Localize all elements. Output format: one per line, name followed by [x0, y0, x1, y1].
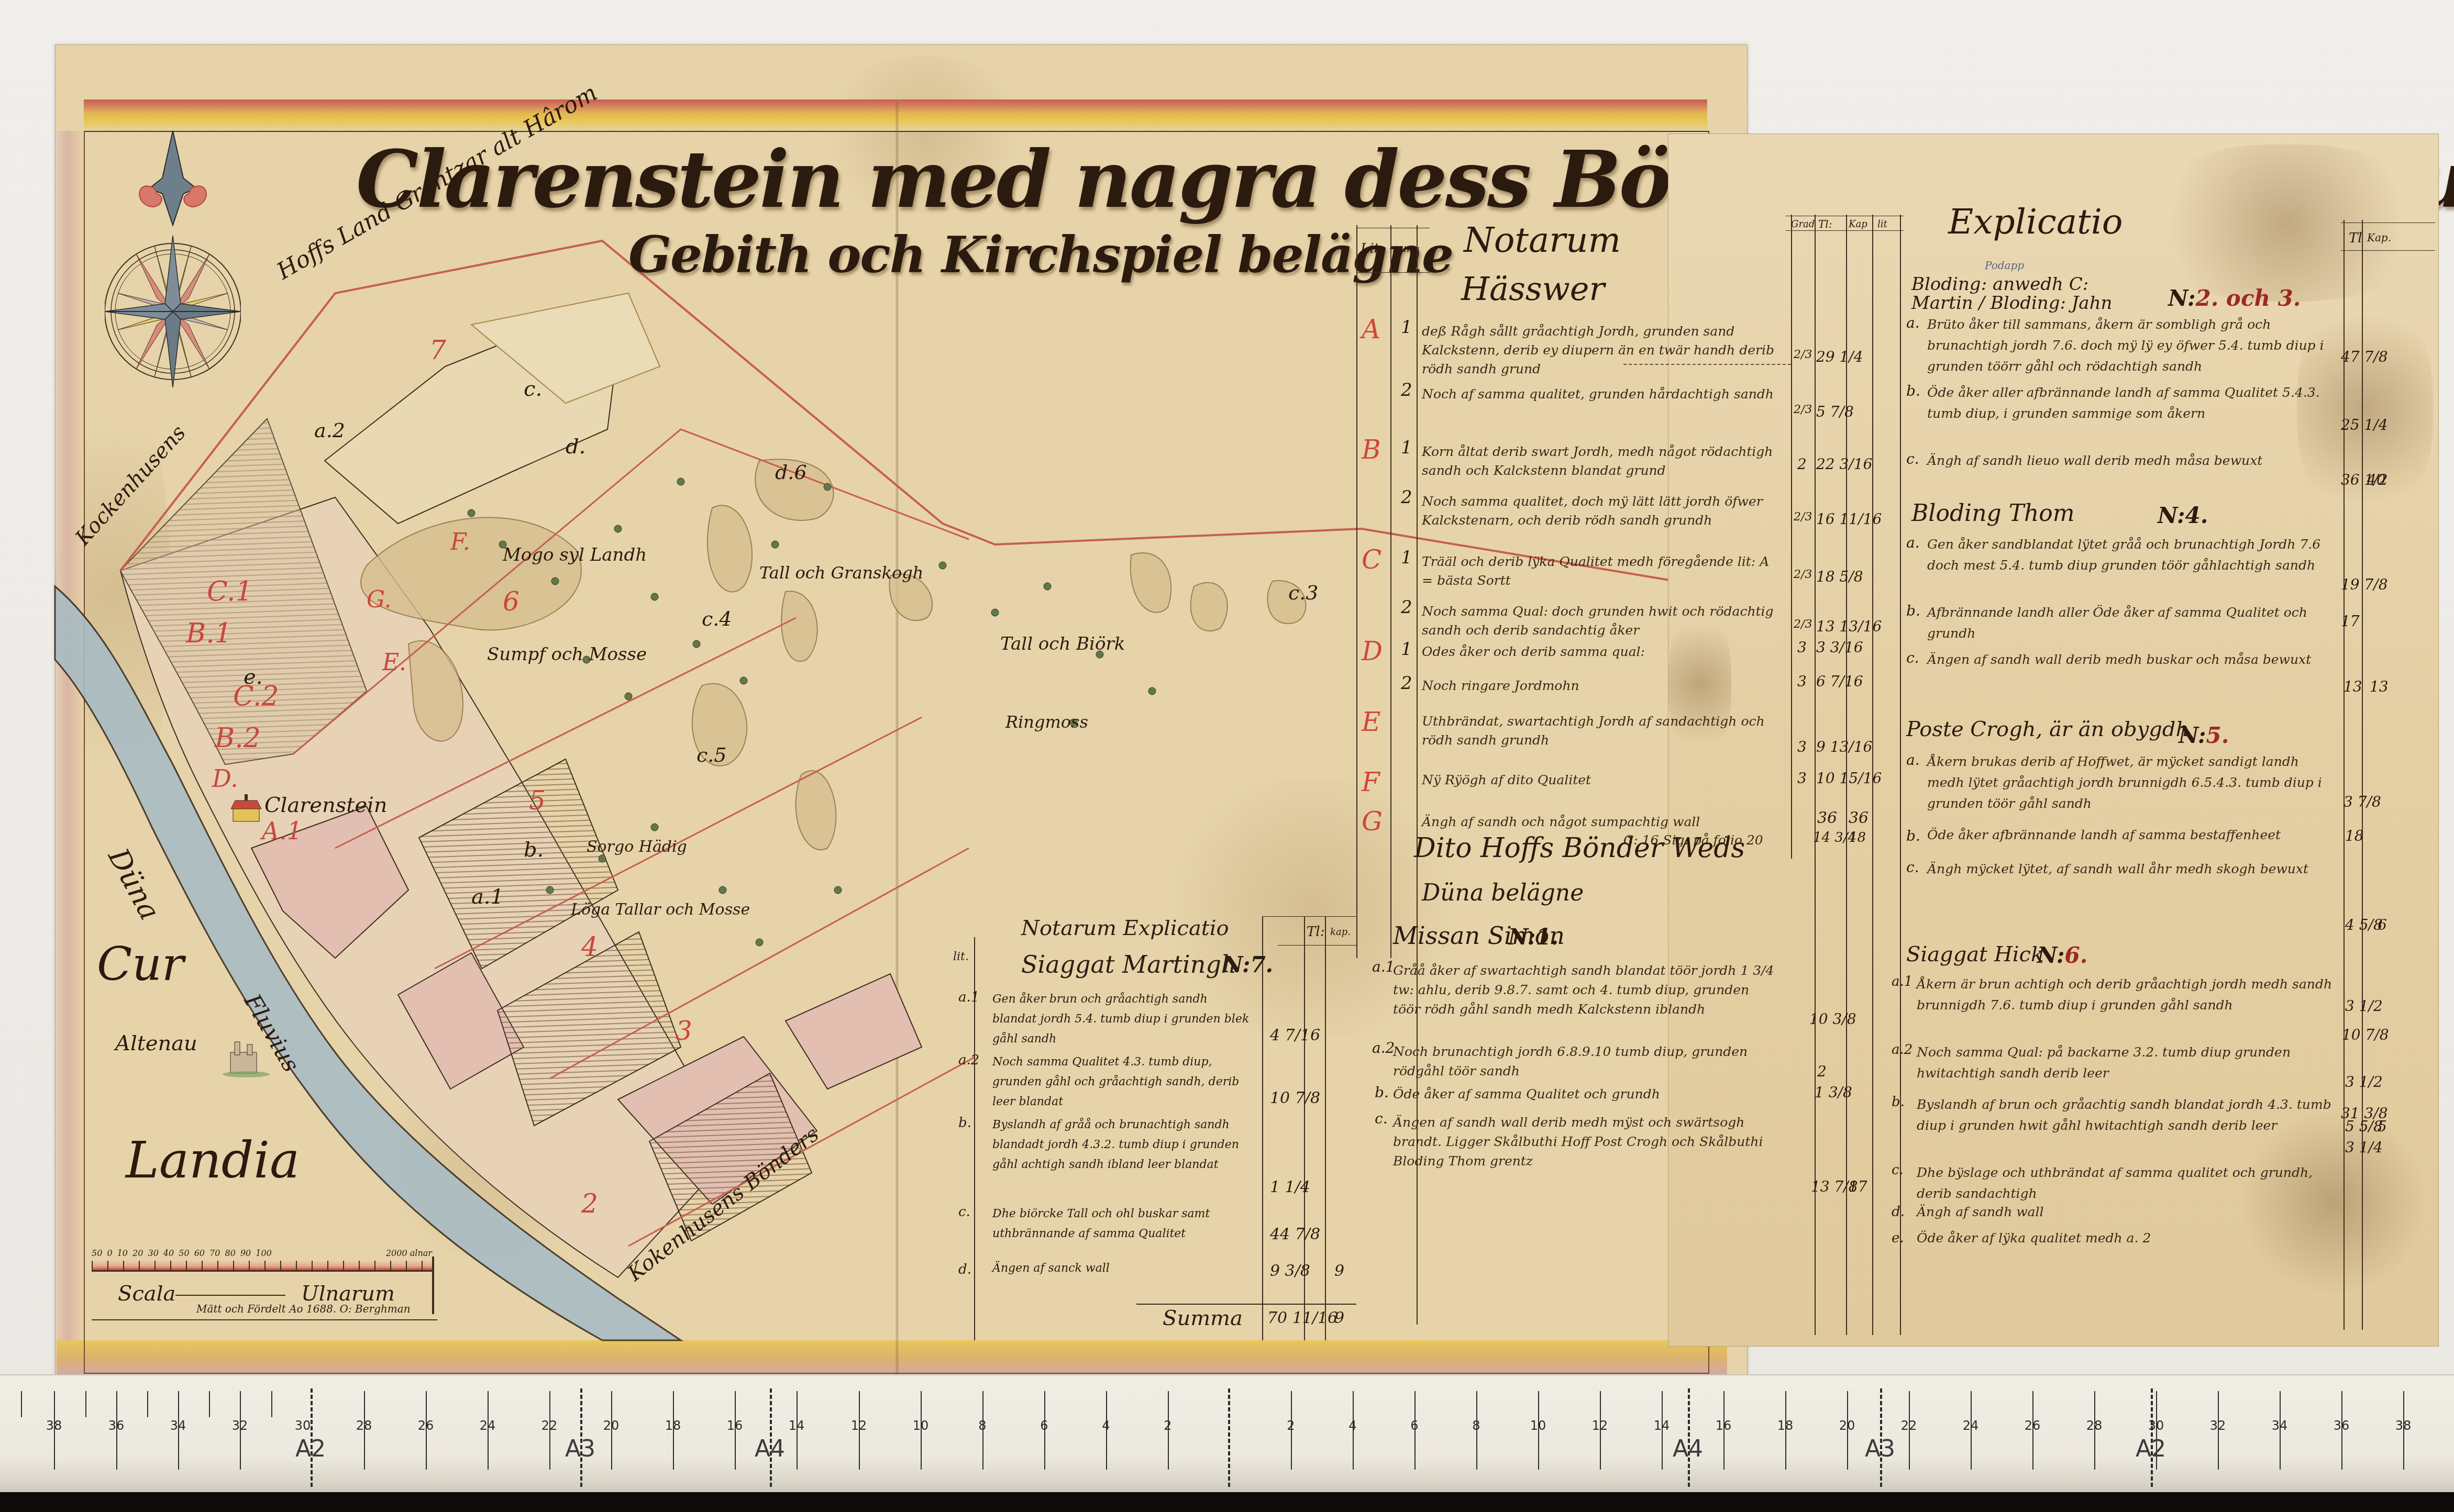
row-text: Nÿ Rÿögh af dito Qualitet	[1422, 772, 1783, 787]
row-grad: 2/3	[1794, 348, 1812, 361]
ne-section-no: N:7.	[1223, 952, 1273, 977]
row-kap: 5	[2378, 1118, 2387, 1135]
ruler-number: 28	[2086, 1418, 2103, 1433]
format-label: A3	[1865, 1436, 1895, 1462]
ruler-number: 20	[603, 1418, 620, 1433]
row-text: Byslandh af gråå och brunachtigh sandh b…	[992, 1115, 1254, 1175]
row-tl: 25 1/4	[2341, 416, 2388, 433]
parcel-label: a.1	[471, 885, 504, 909]
row-text: Ängh af sandh lieuo wall derib medh måsa…	[1927, 450, 2336, 471]
row-tl: 9 13/16	[1816, 738, 1872, 755]
row-grad: 2	[1797, 455, 1807, 473]
row-text: Noch samma Qual: på backarne 3.2. tumb d…	[1917, 1042, 2336, 1084]
nh-head-rule	[1356, 228, 1430, 228]
ruler-number: 10	[913, 1418, 929, 1433]
row-lit: b.	[958, 1115, 971, 1131]
parcel-label: b.	[524, 838, 544, 862]
region-label-cur: Cur	[97, 937, 184, 991]
row-text: Dhe biörcke Tall och ohl buskar samt uth…	[992, 1204, 1254, 1244]
format-label: A3	[565, 1436, 595, 1462]
scale-tick-label: 10	[117, 1248, 128, 1258]
col-lit: lit	[1877, 219, 1887, 230]
map-scale-bar: 50 0 10 20 30 40 50 60 70 80 90 100 2000…	[92, 1241, 437, 1319]
ex-no: 4.	[2185, 503, 2208, 528]
ruler-number: 30	[2148, 1418, 2164, 1433]
ex-kap-rule	[2362, 220, 2363, 1330]
row-lit: E	[1362, 707, 1381, 737]
row-lit: a.2	[958, 1052, 979, 1068]
scale-tick-label: 40	[163, 1248, 174, 1258]
row-tl: 10 15/16	[1816, 770, 1882, 787]
row-tl: 47 7/8	[2341, 348, 2388, 365]
estate-label-clarenstein: Clarenstein	[264, 793, 388, 817]
table-head-rule	[1786, 216, 1904, 216]
row-text: Noch samma qualitet, doch mÿ lätt lätt j…	[1422, 492, 1783, 530]
row-text: Åkern brukas derib af Hoffwet, är mÿcket…	[1927, 751, 2336, 814]
ruler-number: 2	[1287, 1418, 1295, 1433]
row-lit: D	[1362, 636, 1383, 666]
field-note-6: Tall och Granskogh	[759, 563, 923, 583]
town-label-altenau: Altenau	[115, 1031, 197, 1055]
row-grad: 2/3	[1794, 568, 1812, 581]
parcel-label: 6	[503, 586, 519, 617]
map-title-line2: Gebith och Kirchspiel belägne	[628, 225, 1453, 284]
row-tl: 10 7/8	[2342, 1026, 2389, 1043]
ruler-number: 8	[978, 1418, 986, 1433]
ex-section-name: Bloding Thom	[1911, 500, 2075, 527]
ruler-number: 22	[541, 1418, 558, 1433]
nh-heading-1: Notarum	[1464, 220, 1621, 260]
row-kap: 9	[1334, 1262, 1344, 1280]
row-text: deß Rågh sållt gråachtigh Jordh, grunden…	[1422, 322, 1783, 379]
parcel-label: 5	[529, 785, 546, 816]
dash-leader	[1623, 364, 1791, 365]
row-tl: 18 5/8	[1816, 568, 1863, 585]
parcel-label: E.	[382, 649, 406, 676]
row-tl: 4 7/16	[1270, 1026, 1320, 1044]
ruler-number: 32	[232, 1418, 248, 1433]
ex-no-prefix: N:	[2158, 503, 2185, 528]
scale-tick-label: 20	[132, 1248, 143, 1258]
scale-caption-left: Scala	[118, 1282, 175, 1306]
compass-rose-icon	[105, 120, 241, 393]
row-grad: 3	[1797, 738, 1807, 755]
row-text: Noch samma Qual: doch grunden hwit och r…	[1422, 602, 1783, 640]
row-lit: c.	[1906, 649, 1919, 666]
map-left-border-band	[57, 131, 84, 1372]
ruler-number: 4	[1348, 1418, 1356, 1433]
ne-col-tl: Tl:	[1307, 924, 1324, 940]
row-tl: 10 7/8	[1270, 1089, 1320, 1107]
format-marker	[1228, 1388, 1230, 1488]
row-text: Öde åker af samma Qualitet och grundh	[1393, 1086, 1781, 1102]
fold-line	[896, 102, 899, 1374]
row-tl: 3 3/16	[1816, 639, 1863, 656]
row-grad: 2/3	[1794, 618, 1812, 631]
row-tl: 1 3/8	[1815, 1084, 1852, 1101]
scale-tick-label: 50	[92, 1248, 102, 1258]
notarum-explicatio-map-table: Notarum Explicatio lit. Tl: kap. Siaggat…	[943, 900, 1356, 1340]
parcel-label: c.4	[702, 607, 732, 630]
row-text: Korn åltat derib swart Jordh, medh något…	[1422, 442, 1783, 480]
ex-col-tl: Tl	[2349, 230, 2362, 246]
parcel-label: 7	[429, 335, 446, 365]
row-text: Noch brunachtigh jordh 6.8.9.10 tumb diu…	[1393, 1042, 1781, 1081]
row-text: Öde åker af lÿka qualitet medh a. 2	[1917, 1230, 2336, 1246]
row-lit: a.	[1906, 751, 1920, 769]
row-num: 2	[1401, 597, 1412, 618]
row-text: Noch af samma qualitet, grunden hårdacht…	[1422, 385, 1783, 404]
row-lit: a.	[1906, 534, 1920, 551]
ne-col-lit: lit.	[953, 950, 969, 963]
row-text: Noch ringare Jordmohn	[1422, 678, 1783, 693]
ne-summa-tl: 70 11/16	[1267, 1309, 1337, 1327]
surveyor-signature: Mätt och Fördelt Ao 1688. O: Berghman	[196, 1303, 411, 1315]
ex-no-prefix: N:	[2168, 285, 2195, 311]
tl-col-rule	[1815, 215, 1816, 1335]
row-kap: 17	[1849, 1178, 1867, 1195]
ex-no: 6.	[2064, 942, 2087, 968]
row-lit: c.	[1906, 859, 1919, 876]
scale-tick-label: 70	[209, 1248, 220, 1258]
parcel-label: 4	[581, 932, 598, 962]
ruler-number: 6	[1410, 1418, 1418, 1433]
row-kap: 13	[2370, 678, 2389, 695]
region-label-landia: Landia	[126, 1131, 300, 1189]
row-lit: b.	[1375, 1084, 1389, 1101]
parcel-label: c.3	[1288, 581, 1319, 604]
parcel-label: c.5	[697, 743, 727, 766]
row-lit: c.	[1892, 1162, 1904, 1178]
parcel-label: e.	[244, 665, 262, 689]
scan-bottom-edge	[0, 1492, 2454, 1512]
row-tl: 6 7/16	[1816, 673, 1863, 690]
row-lit: a.1	[1892, 974, 1913, 990]
row-lit: G	[1362, 806, 1383, 837]
row-text: Åkern är brun achtigh och derib gråachti…	[1917, 974, 2336, 1016]
row-lit: d.	[1892, 1204, 1905, 1220]
row-tl: 22 3/16	[1816, 455, 1872, 473]
ruler-number: 34	[2272, 1418, 2288, 1433]
nh-col-rule	[1390, 225, 1391, 958]
field-note-1: Mogo syl Landh	[503, 544, 647, 565]
format-label: A4	[1673, 1436, 1703, 1462]
row-tl: 19 7/8	[2341, 576, 2388, 593]
scale-tick-label: 80	[225, 1248, 235, 1258]
ruler-number: 24	[480, 1418, 496, 1433]
ruler-number: 14	[1654, 1418, 1670, 1433]
nh-col-num: num:	[1393, 242, 1420, 254]
row-text: Gen åker sandblandat lÿtet gråå och brun…	[1927, 534, 2336, 576]
parcel-label: F.	[450, 529, 470, 555]
scale-box-bottom	[92, 1319, 437, 1320]
row-text: Ängen af sandh wall derib medh mÿst och …	[1393, 1113, 1781, 1171]
row-tl: 18	[2345, 827, 2364, 844]
row-lit: a.1	[958, 990, 979, 1005]
row-text: Ängh af sandh och något sumpachtig wall	[1422, 814, 1783, 829]
scale-tick-label: 50	[179, 1248, 189, 1258]
ruler-number: 16	[1716, 1418, 1732, 1433]
row-tl: 3 1/2	[2345, 997, 2383, 1015]
ne-summa-kap: 9	[1334, 1309, 1344, 1327]
parcel-label: 2	[581, 1188, 598, 1219]
field-note-7: Ringmoss	[1005, 712, 1088, 732]
row-text: Trääl och derib lÿka Qualitet medh föreg…	[1422, 552, 1783, 590]
ex-section-name: Bloding: anwedh C: Martin / Bloding: Jah…	[1911, 275, 2152, 313]
parcel-label: D.	[212, 764, 238, 793]
scan-ruler: 38 36 34 32 30 28 26 24 22 20 18 16 14 1…	[0, 1374, 2454, 1493]
ex-head-rule	[2341, 250, 2435, 251]
row-lit: b.	[1892, 1094, 1905, 1110]
ruler-number: 26	[2025, 1418, 2041, 1433]
ex-tl-rule	[2344, 220, 2345, 1330]
row-lit: a.	[1906, 314, 1920, 331]
ne-heading: Notarum Explicatio	[1021, 916, 1229, 940]
row-text: Öde åker aller afbrännande landh af samm…	[1927, 382, 2336, 424]
parcel-label: a.2	[314, 419, 345, 442]
row-text: Brüto åker till sammans, åkern är sombli…	[1927, 314, 2336, 377]
row-tl: 3 1/2	[2345, 1073, 2383, 1091]
parcel-label: c.	[524, 377, 542, 401]
row-tl: 10 3/8	[1809, 1010, 1856, 1028]
ruler-number: 18	[665, 1418, 681, 1433]
parcel-label: 3	[676, 1016, 692, 1046]
row-grad: 2/3	[1794, 403, 1812, 416]
field-note-3: Sorgo Hädig	[587, 838, 687, 856]
row-tl: 17	[2341, 613, 2360, 630]
nh-col-rule	[1356, 225, 1357, 958]
row-tl: 13	[2344, 678, 2362, 695]
ex-section-name: Poste Crogh, är än obygdh	[1906, 717, 2189, 741]
row-lit: b.	[1906, 827, 1920, 844]
row-text: Odes åker och derib samma qual:	[1422, 644, 1783, 659]
dh-section-no: N:1.	[1508, 924, 1558, 950]
row-tl: 16 11/16	[1816, 510, 1882, 528]
row-text: Dhe bÿslage och uthbrändat af samma qual…	[1917, 1162, 2336, 1204]
row-text: Afbrännande landh aller Öde åker af samm…	[1927, 602, 2336, 644]
parcel-label: G.	[367, 586, 392, 613]
row-grad: 3	[1797, 673, 1807, 690]
row-grad: 2/3	[1794, 510, 1812, 524]
row-tl: 2	[1817, 1063, 1827, 1080]
row-tl: 5 5/8	[2345, 1118, 2383, 1135]
ruler-number: 20	[1839, 1418, 1855, 1433]
ex-no-prefix: N:	[2179, 722, 2206, 748]
parcel-label: d.	[566, 435, 585, 459]
nh-heading-2: Hässwer	[1461, 270, 1605, 308]
row-text: Gen åker brun och gråachtigh sandh bland…	[992, 990, 1254, 1049]
row-lit: d.	[958, 1262, 971, 1277]
col-tl: Tl:	[1818, 218, 1832, 230]
ruler-number: 16	[727, 1418, 743, 1433]
parcel-label: B.2	[215, 722, 261, 754]
scale-tick-label: 30	[148, 1248, 158, 1258]
format-label: A2	[295, 1436, 326, 1462]
row-num: 1	[1401, 437, 1412, 458]
field-note-2: Sumpf och Mosse	[487, 644, 647, 665]
row-tl: 36	[1817, 809, 1837, 827]
ex-no: 2. och 3.	[2195, 285, 2301, 311]
ex-section-name: Siaggat Hick	[1906, 942, 2043, 966]
nh-col-lit: Lit:	[1361, 241, 1384, 257]
table-head-rule	[1786, 230, 1904, 231]
ruler-number: 14	[789, 1418, 805, 1433]
ruler-number: 28	[356, 1418, 372, 1433]
row-kap: 6	[2378, 916, 2387, 933]
row-lit: a.2	[1892, 1042, 1913, 1058]
ruler-number: 6	[1040, 1418, 1048, 1433]
ex-no: 5.	[2206, 722, 2229, 748]
row-lit: F	[1362, 767, 1380, 797]
ruler-number: 38	[2395, 1418, 2412, 1433]
row-text: Ängen af sanck wall	[992, 1262, 1254, 1275]
row-num: 1	[1401, 639, 1412, 660]
row-grad: 3	[1797, 639, 1807, 656]
col-grad: Grad	[1791, 219, 1815, 230]
row-kap: 40	[2367, 471, 2386, 488]
row-lit: c.	[958, 1204, 970, 1220]
row-lit: b.	[1906, 602, 1920, 619]
row-tl: 3 1/4	[2345, 1139, 2383, 1156]
ex-head-rule	[2341, 223, 2435, 223]
row-num: 1	[1401, 317, 1412, 338]
ruler-number: 8	[1472, 1418, 1480, 1433]
ruler-number: 4	[1102, 1418, 1110, 1433]
col-kap: Kap	[1849, 219, 1867, 230]
row-tl: 44 7/8	[1270, 1225, 1320, 1243]
ne-section-name: Siaggat Martingh	[1021, 950, 1236, 979]
scale-tick-label: 100	[256, 1248, 272, 1258]
row-text: Gråå åker af swartachtigh sandh blandat …	[1393, 961, 1781, 1019]
scale-tick-label: 0	[107, 1248, 112, 1258]
row-tl: 13 13/16	[1816, 618, 1882, 635]
row-num: 2	[1401, 673, 1412, 694]
parcel-label: C.1	[207, 576, 253, 607]
dh-heading-2: Düna belägne	[1422, 880, 1584, 906]
row-num: 2	[1401, 487, 1412, 508]
ruler-number: 36	[2334, 1418, 2350, 1433]
ruler-number: 12	[851, 1418, 867, 1433]
ruler-number: 12	[1592, 1418, 1608, 1433]
row-text: Ängh af sandh wall	[1917, 1204, 2336, 1219]
parcel-label: d.6	[775, 461, 807, 484]
row-tl: 9 3/8	[1270, 1262, 1310, 1280]
row-kap: 18	[1849, 830, 1866, 846]
row-grad: 3	[1797, 770, 1807, 787]
row-tl: 1 1/4	[1270, 1178, 1310, 1196]
row-text: Ängen af sandh wall derib medh buskar oc…	[1927, 649, 2336, 670]
ruler-number: 24	[1963, 1418, 1979, 1433]
ruler-number: 22	[1901, 1418, 1917, 1433]
scale-tick-label: 60	[194, 1248, 205, 1258]
row-tl: 5 7/8	[1816, 403, 1854, 420]
field-note-5: Tall och Biörk	[1000, 633, 1125, 654]
row-lit: B	[1362, 435, 1381, 465]
nh-head-rule	[1356, 272, 1430, 273]
row-num: 2	[1401, 380, 1412, 401]
parcel-label: A.1	[262, 817, 302, 845]
scale-end-label: 2000 alnar	[386, 1248, 432, 1258]
ruler-number: 34	[170, 1418, 186, 1433]
ne-col-kap: kap.	[1330, 927, 1351, 938]
row-tl: 4 5/8	[2345, 916, 2383, 933]
ruler-number: 32	[2210, 1418, 2226, 1433]
scale-tick-label: 90	[240, 1248, 251, 1258]
dh-heading-1: Dito Hoffs Bönder Weds	[1414, 832, 1745, 864]
row-tl: 3 7/8	[2344, 793, 2381, 810]
row-lit: C	[1362, 544, 1381, 575]
ne-summa-label: Summa	[1163, 1306, 1243, 1330]
row-lit: a.2	[1372, 1039, 1395, 1057]
row-text: Byslandh af brun och gråachtig sandh bla…	[1917, 1094, 2336, 1136]
ruler-number: 38	[46, 1418, 62, 1433]
row-lit: a.1	[1372, 958, 1395, 975]
ruler-number: 2	[1164, 1418, 1171, 1433]
row-lit: c.	[1375, 1110, 1388, 1127]
format-label: A2	[2136, 1436, 2166, 1462]
ruler-number: 36	[108, 1418, 125, 1433]
ruler-number: 26	[418, 1418, 434, 1433]
ex-col-kap: Kap.	[2367, 231, 2391, 244]
grad-col-rule	[1791, 215, 1792, 859]
row-text: Öde åker afbrännande landh af samma best…	[1927, 827, 2336, 842]
ruler-number: 10	[1530, 1418, 1546, 1433]
row-kap: 36	[1849, 809, 1869, 827]
row-tl: 29 1/4	[1816, 348, 1863, 365]
row-text: Uthbrändat, swartachtigh Jordh af sandac…	[1422, 712, 1783, 750]
row-num: 1	[1401, 547, 1412, 568]
field-note-4: Löga Tallar och Mosse	[571, 900, 750, 919]
explicatio-heading: Explicatio	[1948, 202, 2123, 242]
row-lit: e.	[1892, 1230, 1904, 1246]
row-lit: c.	[1906, 450, 1919, 468]
ex-section-annotation: Podapp	[1985, 259, 2024, 272]
row-lit: b.	[1906, 382, 1920, 399]
ruler-number: 30	[295, 1418, 311, 1433]
row-text: Noch samma Qualitet 4.3. tumb diup, grun…	[992, 1052, 1254, 1112]
parcel-label: B.1	[186, 618, 232, 649]
ex-no-prefix: N:	[2037, 942, 2064, 968]
ruler-number: 18	[1777, 1418, 1794, 1433]
format-label: A4	[755, 1436, 785, 1462]
row-text: Ängh mÿcket lÿtet, af sandh wall åhr med…	[1927, 859, 2336, 880]
row-lit: A	[1362, 314, 1380, 344]
